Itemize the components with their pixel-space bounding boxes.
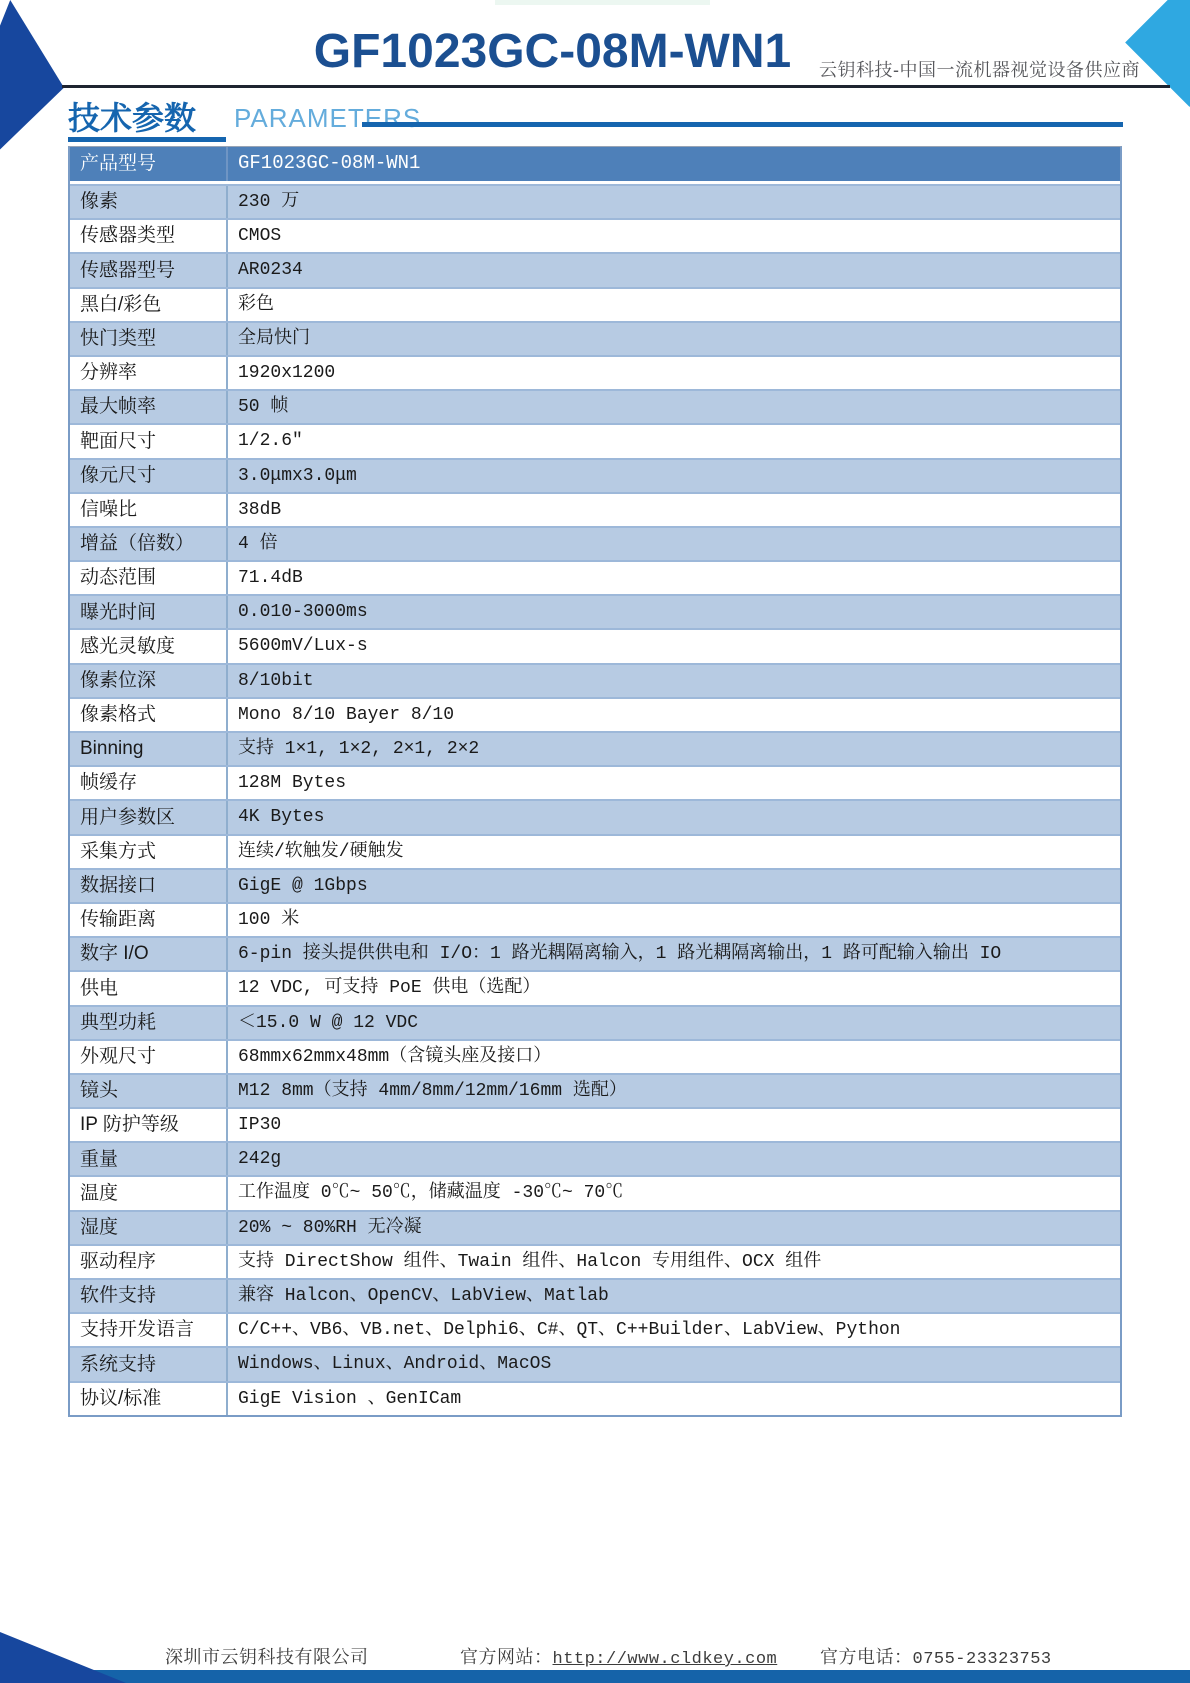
spec-label: 曝光时间 [70,596,228,628]
spec-value: 兼容 Halcon、OpenCV、LabView、Matlab [228,1280,1120,1312]
table-row: 传感器型号 AR0234 [70,252,1120,286]
spec-value: C/C++、VB6、VB.net、Delphi6、C#、QT、C++Builde… [228,1314,1120,1346]
spec-value: 彩色 [228,289,1120,321]
table-row: 软件支持 兼容 Halcon、OpenCV、LabView、Matlab [70,1278,1120,1312]
spec-label: 信噪比 [70,494,228,526]
spec-label: 靶面尺寸 [70,425,228,457]
title-divider-rule [62,85,1170,88]
table-row: 像素格式 Mono 8/10 Bayer 8/10 [70,697,1120,731]
table-row: 温度 工作温度 0℃~ 50℃，储藏温度 -30℃~ 70℃ [70,1175,1120,1209]
table-row: 传感器类型 CMOS [70,218,1120,252]
table-row: 数据接口 GigE @ 1Gbps [70,868,1120,902]
spec-value: 工作温度 0℃~ 50℃，储藏温度 -30℃~ 70℃ [228,1177,1120,1209]
section-title-underline [68,137,226,142]
bottom-bar [0,1670,1190,1683]
table-row: IP 防护等级 IP30 [70,1107,1120,1141]
spec-value: 100 米 [228,904,1120,936]
table-row: 外观尺寸 68mmx62mmx48mm（含镜头座及接口） [70,1039,1120,1073]
table-row: 感光灵敏度 5600mV/Lux-s [70,628,1120,662]
spec-label: 采集方式 [70,836,228,868]
spec-label: 镜头 [70,1075,228,1107]
table-row: 镜头 M12 8mm（支持 4mm/8mm/12mm/16mm 选配） [70,1073,1120,1107]
section-title-zh: 技术参数 [68,93,196,139]
table-row: 曝光时间 0.010-3000ms [70,594,1120,628]
spec-label: 像素 [70,186,228,218]
spec-value: 连续/软触发/硬触发 [228,836,1120,868]
table-row: 分辨率 1920x1200 [70,355,1120,389]
spec-label: 快门类型 [70,323,228,355]
spec-value: 4 倍 [228,528,1120,560]
spec-label: 像素位深 [70,665,228,697]
section-title-en: PARAMETERS [234,103,421,134]
table-header-row: 产品型号 GF1023GC-08M-WN1 [70,147,1120,184]
table-row: 信噪比 38dB [70,492,1120,526]
spec-value: Mono 8/10 Bayer 8/10 [228,699,1120,731]
spec-value: 12 VDC, 可支持 PoE 供电（选配） [228,972,1120,1004]
footer-phone: 官方电话：0755-23323753 [820,1643,1052,1669]
spec-value: ＜15.0 W @ 12 VDC [228,1007,1120,1039]
spec-value: AR0234 [228,254,1120,286]
spec-label: 传输距离 [70,904,228,936]
table-row: 帧缓存 128M Bytes [70,765,1120,799]
spec-label: 传感器类型 [70,220,228,252]
spec-value: 68mmx62mmx48mm（含镜头座及接口） [228,1041,1120,1073]
footer-website: 官方网站：http://www.cldkey.com [460,1643,777,1669]
footer-company: 深圳市云钥科技有限公司 [165,1643,369,1669]
spec-sheet-page: GF1023GC-08M-WN1 云钥科技-中国一流机器视觉设备供应商 技术参数… [0,0,1190,1683]
spec-label: 用户参数区 [70,801,228,833]
spec-label: 典型功耗 [70,1007,228,1039]
spec-label: 软件支持 [70,1280,228,1312]
footer-website-label: 官方网站： [460,1647,553,1667]
spec-label: 湿度 [70,1212,228,1244]
table-row: Binning 支持 1×1, 1×2, 2×1, 2×2 [70,731,1120,765]
table-row: 系统支持 Windows、Linux、Android、MacOS [70,1346,1120,1380]
spec-value: 4K Bytes [228,801,1120,833]
table-row: 最大帧率 50 帧 [70,389,1120,423]
spec-value: GigE @ 1Gbps [228,870,1120,902]
spec-label: 供电 [70,972,228,1004]
spec-value: 支持 1×1, 1×2, 2×1, 2×2 [228,733,1120,765]
table-row: 典型功耗 ＜15.0 W @ 12 VDC [70,1005,1120,1039]
table-row: 重量 242g [70,1141,1120,1175]
table-row: 动态范围 71.4dB [70,560,1120,594]
corner-diamond-top-right [1125,0,1190,107]
spec-label: 像元尺寸 [70,460,228,492]
footer-website-link[interactable]: http://www.cldkey.com [553,1650,778,1669]
spec-value: CMOS [228,220,1120,252]
table-body: 像素 230 万 传感器类型 CMOS 传感器型号 AR0234 黑白/彩色 彩… [70,184,1120,1415]
table-row: 供电 12 VDC, 可支持 PoE 供电（选配） [70,970,1120,1004]
spec-value: IP30 [228,1109,1120,1141]
top-edge-artifact [495,0,710,5]
spec-value: 230 万 [228,186,1120,218]
table-header-label: 产品型号 [70,147,228,181]
spec-label: 支持开发语言 [70,1314,228,1346]
table-row: 传输距离 100 米 [70,902,1120,936]
spec-label: 驱动程序 [70,1246,228,1278]
footer-phone-label: 官方电话： [820,1647,913,1667]
spec-value: 20% ~ 80%RH 无冷凝 [228,1212,1120,1244]
spec-value: 1920x1200 [228,357,1120,389]
spec-label: 外观尺寸 [70,1041,228,1073]
spec-label: 动态范围 [70,562,228,594]
spec-value: 6-pin 接头提供供电和 I/O：1 路光耦隔离输入，1 路光耦隔离输出，1 … [228,938,1120,970]
spec-value: M12 8mm（支持 4mm/8mm/12mm/16mm 选配） [228,1075,1120,1107]
spec-label: 数据接口 [70,870,228,902]
spec-label: 协议/标准 [70,1383,228,1415]
spec-label: 最大帧率 [70,391,228,423]
spec-label: 重量 [70,1143,228,1175]
footer-phone-number: 0755-23323753 [913,1650,1052,1669]
spec-value: 支持 DirectShow 组件、Twain 组件、Halcon 专用组件、OC… [228,1246,1120,1278]
table-row: 数字 I/O 6-pin 接头提供供电和 I/O：1 路光耦隔离输入，1 路光耦… [70,936,1120,970]
table-row: 像素位深 8/10bit [70,663,1120,697]
table-row: 协议/标准 GigE Vision 、GenICam [70,1381,1120,1415]
table-row: 湿度 20% ~ 80%RH 无冷凝 [70,1210,1120,1244]
spec-table: 产品型号 GF1023GC-08M-WN1 像素 230 万 传感器类型 CMO… [68,146,1122,1417]
table-header-value: GF1023GC-08M-WN1 [228,147,1120,181]
table-row: 采集方式 连续/软触发/硬触发 [70,834,1120,868]
spec-label: 感光灵敏度 [70,630,228,662]
spec-value: 1/2.6" [228,425,1120,457]
spec-label: 帧缓存 [70,767,228,799]
spec-value: 5600mV/Lux-s [228,630,1120,662]
spec-value: 38dB [228,494,1120,526]
spec-label: 传感器型号 [70,254,228,286]
table-row: 像素 230 万 [70,184,1120,218]
spec-label: Binning [70,733,228,765]
spec-label: 系统支持 [70,1348,228,1380]
spec-value: 3.0μmx3.0μm [228,460,1120,492]
spec-value: 全局快门 [228,323,1120,355]
spec-label: 像素格式 [70,699,228,731]
brand-tagline: 云钥科技-中国一流机器视觉设备供应商 [819,56,1140,82]
spec-value: GigE Vision 、GenICam [228,1383,1120,1415]
table-row: 驱动程序 支持 DirectShow 组件、Twain 组件、Halcon 专用… [70,1244,1120,1278]
spec-label: 温度 [70,1177,228,1209]
spec-value: 242g [228,1143,1120,1175]
spec-value: 128M Bytes [228,767,1120,799]
spec-label: IP 防护等级 [70,1109,228,1141]
spec-label: 数字 I/O [70,938,228,970]
spec-value: Windows、Linux、Android、MacOS [228,1348,1120,1380]
section-rule [362,122,1123,127]
spec-value: 8/10bit [228,665,1120,697]
table-row: 增益（倍数） 4 倍 [70,526,1120,560]
table-row: 靶面尺寸 1/2.6" [70,423,1120,457]
spec-label: 增益（倍数） [70,528,228,560]
table-row: 支持开发语言 C/C++、VB6、VB.net、Delphi6、C#、QT、C+… [70,1312,1120,1346]
spec-label: 分辨率 [70,357,228,389]
spec-value: 71.4dB [228,562,1120,594]
table-row: 用户参数区 4K Bytes [70,799,1120,833]
spec-value: 0.010-3000ms [228,596,1120,628]
table-row: 黑白/彩色 彩色 [70,287,1120,321]
table-row: 快门类型 全局快门 [70,321,1120,355]
spec-label: 黑白/彩色 [70,289,228,321]
spec-value: 50 帧 [228,391,1120,423]
table-row: 像元尺寸 3.0μmx3.0μm [70,458,1120,492]
